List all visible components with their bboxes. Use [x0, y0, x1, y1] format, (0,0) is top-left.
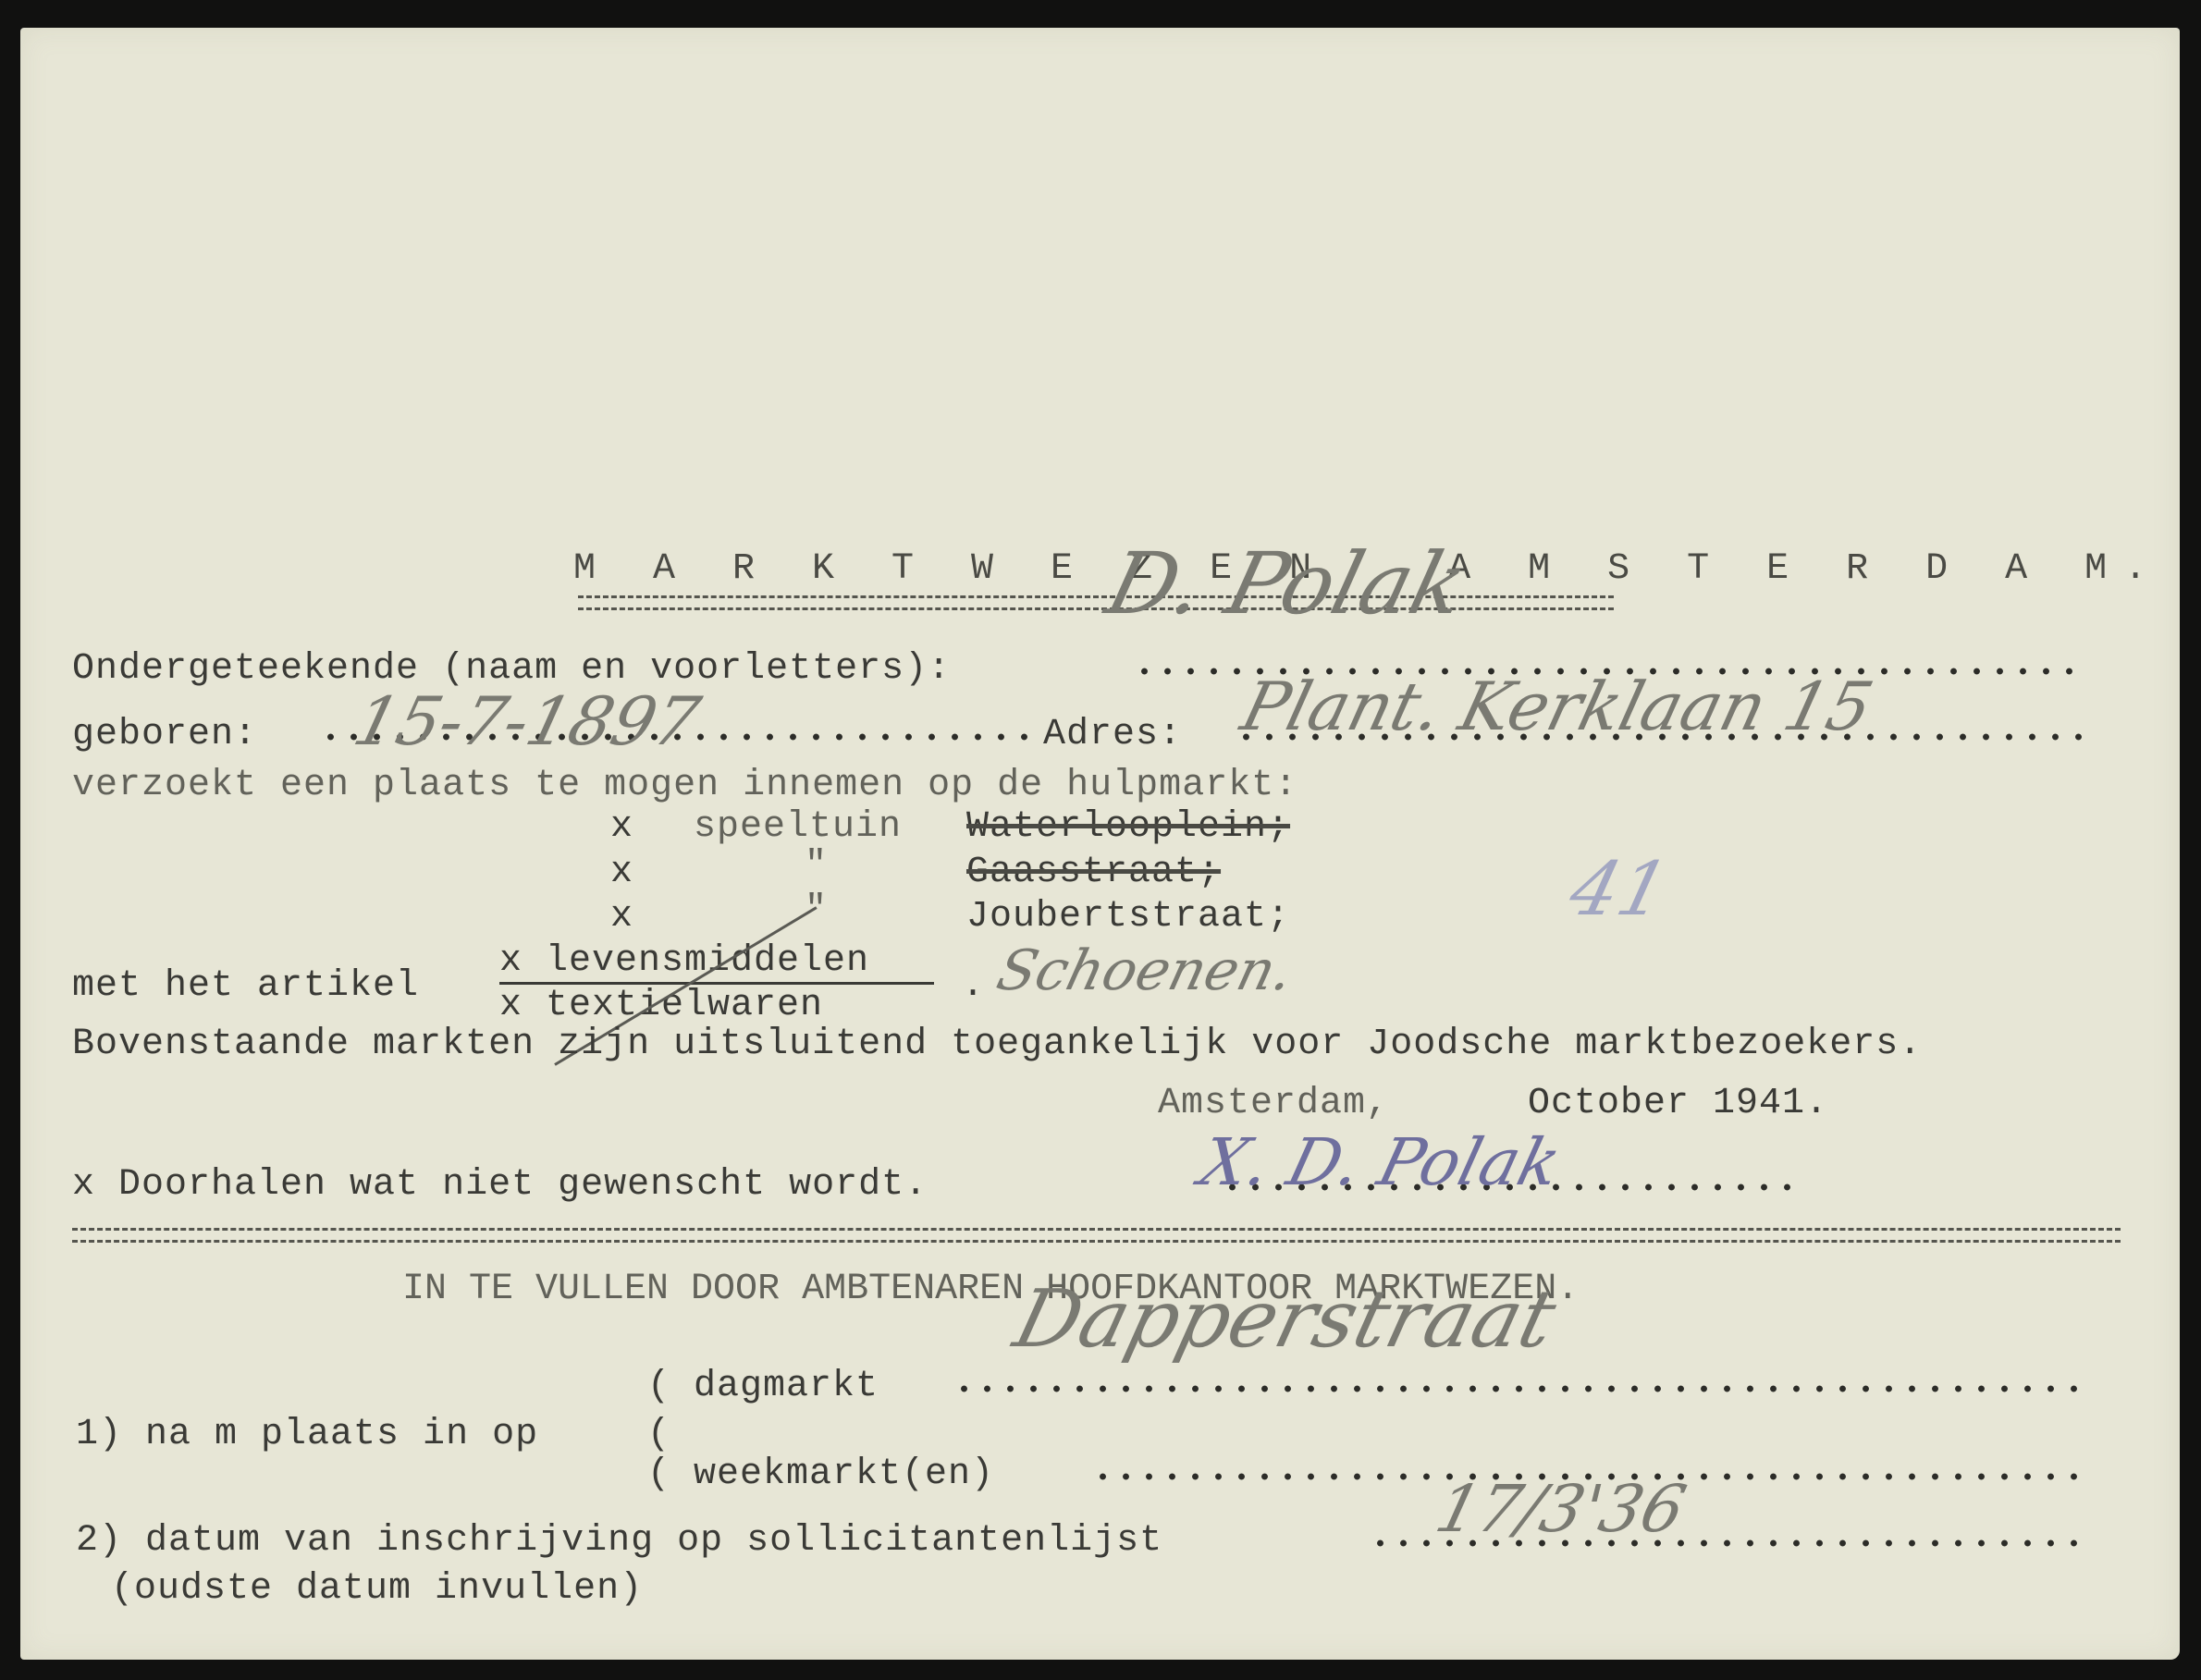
- ditto-mark: ": [805, 846, 828, 887]
- market-mark: x: [610, 897, 633, 938]
- address-label: Adres:: [1043, 715, 1182, 755]
- notice-text: Bovenstaande markten zijn uitsluitend to…: [72, 1024, 1922, 1065]
- item1-label: 1) na m plaats in op: [76, 1415, 538, 1455]
- request-text: verzoekt een plaats te mogen innemen op …: [72, 766, 1297, 806]
- article-period: .: [962, 966, 985, 1007]
- section-separator: [72, 1228, 2121, 1243]
- market-mark: x: [610, 807, 633, 848]
- item2-label: 2) datum van inschrijving op sollicitant…: [76, 1521, 1162, 1562]
- item1-brace: (: [647, 1415, 670, 1455]
- market-mark: x: [610, 852, 633, 893]
- handwritten-birthdate: 15-7-1897: [349, 692, 705, 751]
- market-joubertstraat[interactable]: Joubertstraat;: [966, 897, 1290, 938]
- market-waterlooplein[interactable]: Waterlooplein;: [966, 807, 1290, 848]
- article-option-food[interactable]: x levensmiddelen: [499, 941, 869, 982]
- item2-note: (oudste datum invullen): [111, 1569, 643, 1610]
- market-prefix: speeltuin: [694, 807, 902, 848]
- handwritten-registration-date: 17/3'36: [1431, 1479, 1691, 1539]
- weekmarkt-label: ( weekmarkt(en): [647, 1454, 994, 1495]
- footnote-text: x Doorhalen wat niet gewenscht wordt.: [72, 1165, 928, 1206]
- article-option-textile[interactable]: x textielwaren: [499, 986, 823, 1026]
- dagmarkt-dotted-line[interactable]: [953, 1385, 2090, 1392]
- handwritten-article: Schoenen.: [991, 941, 1299, 1000]
- handwritten-dagmarkt: Dapperstraat: [1010, 1290, 1560, 1349]
- article-label: met het artikel: [72, 966, 419, 1007]
- dagmarkt-label: ( dagmarkt: [647, 1367, 879, 1407]
- handwritten-name: D. Polak: [1102, 555, 1471, 614]
- market-gaasstraat[interactable]: Gaasstraat;: [966, 852, 1221, 893]
- margin-note: 41: [1565, 860, 1674, 919]
- place-text: Amsterdam,: [1158, 1084, 1389, 1124]
- date-text: October 1941.: [1528, 1084, 1828, 1124]
- born-label: geboren:: [72, 715, 257, 755]
- handwritten-address: Plant. Kerklaan 15: [1236, 677, 1878, 736]
- signature: X. D. Polak: [1195, 1133, 1566, 1192]
